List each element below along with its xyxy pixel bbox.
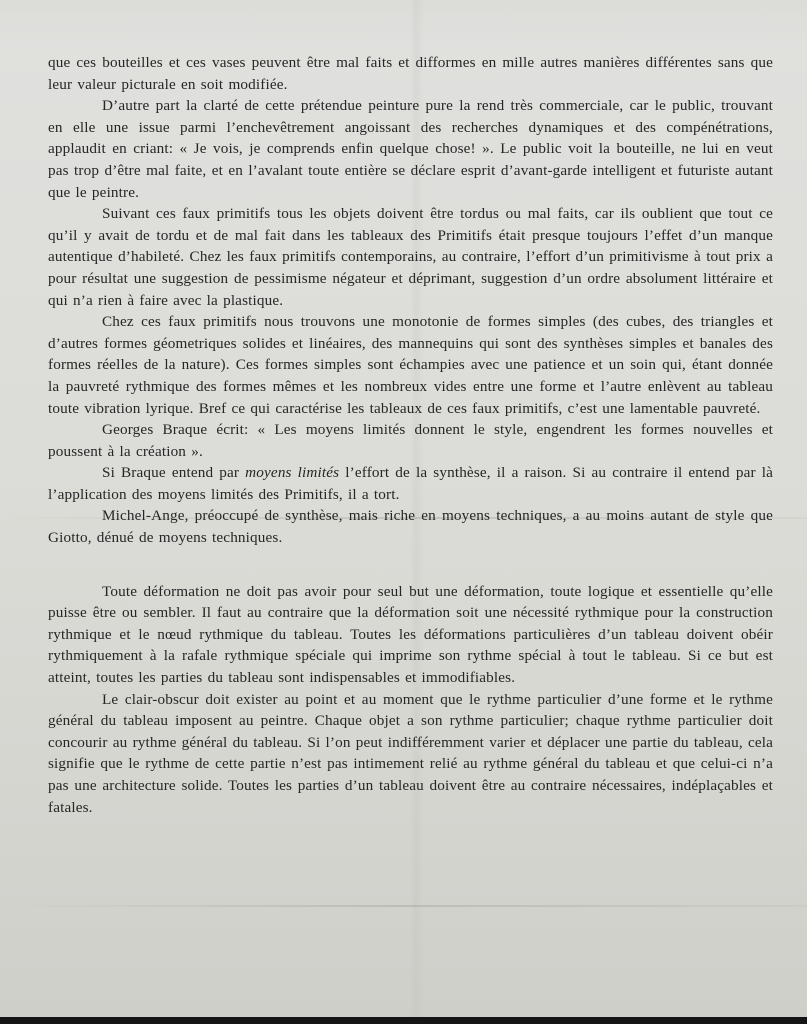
document-body: que ces bouteilles et ces vases peuvent … <box>48 52 773 818</box>
paragraph-commercial-clarity: D’autre part la clarté de cette prétendu… <box>48 95 773 203</box>
paragraph-monotony-of-forms: Chez ces faux primitifs nous trouvons un… <box>48 311 773 419</box>
paragraph-michelangelo-giotto: Michel-Ange, préoccupé de synthèse, mais… <box>48 505 773 548</box>
paragraph-continuation: que ces bouteilles et ces vases peuvent … <box>48 52 773 95</box>
paper-fold-crease <box>0 905 807 907</box>
paragraph-chiaroscuro: Le clair-obscur doit exister au point et… <box>48 689 773 819</box>
paragraph-deformation: Toute déformation ne doit pas avoir pour… <box>48 581 773 689</box>
paragraph-limited-means: Si Braque entend par moyens limités l’ef… <box>48 462 773 505</box>
limited-means-lead: Si Braque entend par <box>102 464 245 481</box>
emphasis-moyens-limites: moyens limités <box>245 464 339 481</box>
scan-bottom-edge <box>0 1017 807 1024</box>
paragraph-false-primitives: Suivant ces faux primitifs tous les obje… <box>48 203 773 311</box>
paragraph-braque-quote: Georges Braque écrit: « Les moyens limit… <box>48 419 773 462</box>
scanned-page: que ces bouteilles et ces vases peuvent … <box>0 0 807 1018</box>
